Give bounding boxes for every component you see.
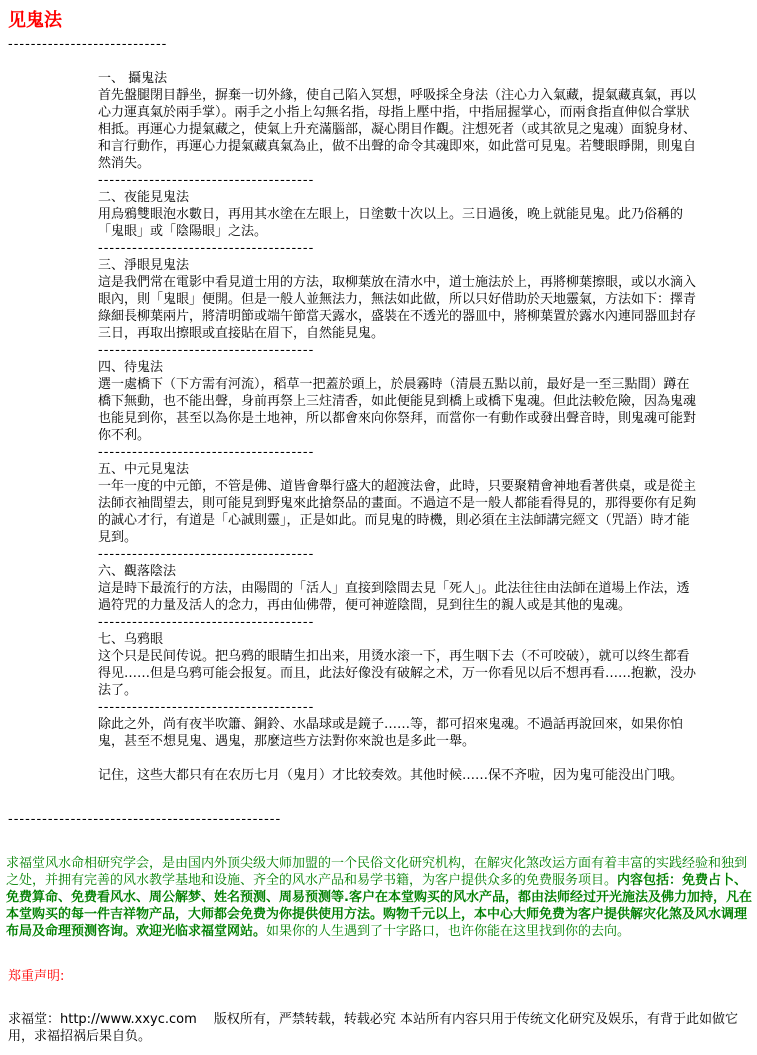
section-3: 三、淨眼見鬼法 這是我們常在電影中看見道士用的方法，取柳葉放在清水中，道士施法於… [98, 257, 698, 359]
section-separator: -------------------------------------- [98, 172, 698, 189]
bottom-separator: ----------------------------------------… [8, 811, 751, 828]
section-7-body: 这个只是民间传说。把乌鸦的眼睛生扣出来，用烫水滚一下，再生咽下去（不可咬破），就… [98, 648, 698, 699]
section-5-heading: 五、中元見鬼法 [98, 461, 698, 478]
section-separator: -------------------------------------- [98, 240, 698, 257]
section-1-body: 首先盤腿閉目靜坐，摒棄一切外緣，使自己陷入冥想，呼吸採全身法（注心力入氣藏，提氣… [98, 87, 698, 172]
section-5-body: 一年一度的中元節，不管是佛、道皆會舉行盛大的超渡法會，此時，只要聚精會神地看著供… [98, 478, 698, 546]
page-title: 见鬼法 [8, 10, 751, 32]
section-3-heading: 三、淨眼見鬼法 [98, 257, 698, 274]
page: 见鬼法 ---------------------------- 一、 攝鬼法 … [0, 0, 757, 1055]
section-5: 五、中元見鬼法 一年一度的中元節，不管是佛、道皆會舉行盛大的超渡法會，此時，只要… [98, 461, 698, 563]
section-7-heading: 七、乌鸦眼 [98, 631, 698, 648]
methods-list: 一、 攝鬼法 首先盤腿閉目靜坐，摒棄一切外緣，使自己陷入冥想，呼吸採全身法（注心… [98, 70, 698, 784]
section-4-body: 選一處橋下（下方需有河流），稻草一把蓋於頭上，於晨霧時（清晨五點以前，最好是一至… [98, 376, 698, 444]
section-3-body: 這是我們常在電影中看見道士用的方法，取柳葉放在清水中，道士施法於上，再將柳葉擦眼… [98, 274, 698, 342]
section-2: 二、夜能見鬼法 用烏鴉雙眼泡水數日，再用其水塗在左眼上，日塗數十次以上。三日過後… [98, 189, 698, 257]
copyright-text: 求福堂：http://www.xxyc.com 版权所有，严禁转载，转载必究 本… [8, 1011, 755, 1045]
title-separator: ---------------------------- [8, 36, 751, 53]
section-2-body: 用烏鴉雙眼泡水數日，再用其水塗在左眼上，日塗數十次以上。三日過後，晚上就能見鬼。… [98, 206, 698, 240]
section-separator: -------------------------------------- [98, 342, 698, 359]
section-7: 七、乌鸦眼 这个只是民间传说。把乌鸦的眼睛生扣出来，用烫水滚一下，再生咽下去（不… [98, 631, 698, 716]
section-6-heading: 六、觀落陰法 [98, 563, 698, 580]
section-6: 六、觀落陰法 這是時下最流行的方法，由陽間的「活人」直接到陰間去見「死人」。此法… [98, 563, 698, 631]
section-2-heading: 二、夜能見鬼法 [98, 189, 698, 206]
section-separator: -------------------------------------- [98, 546, 698, 563]
section-4-heading: 四、待鬼法 [98, 359, 698, 376]
section-separator: -------------------------------------- [98, 614, 698, 631]
section-separator: -------------------------------------- [98, 444, 698, 461]
section-1-heading: 一、 攝鬼法 [98, 70, 698, 87]
promo-paragraph: 求福堂风水命相研究学会，是由国内外顶尖级大师加盟的一个民俗文化研究机构，在解灾化… [6, 855, 753, 940]
section-separator: -------------------------------------- [98, 699, 698, 716]
extra-methods-paragraph: 除此之外，尚有夜半吹簫、銅鈴、水晶球或是鏡子……等，都可招來鬼魂。不過話再說回來… [98, 716, 698, 750]
section-4: 四、待鬼法 選一處橋下（下方需有河流），稻草一把蓋於頭上，於晨霧時（清晨五點以前… [98, 359, 698, 461]
reminder-paragraph: 记住，这些大都只有在农历七月（鬼月）才比较奏效。其他时候……保不齐啦，因为鬼可能… [98, 767, 698, 784]
section-1: 一、 攝鬼法 首先盤腿閉目靜坐，摒棄一切外緣，使自己陷入冥想，呼吸採全身法（注心… [98, 70, 698, 189]
section-6-body: 這是時下最流行的方法，由陽間的「活人」直接到陰間去見「死人」。此法往往由法師在道… [98, 580, 698, 614]
promo-outro: 如果你的人生遇到了十字路口，也许你能在这里找到你的去向。 [266, 924, 630, 939]
statement-heading: 郑重声明: [8, 968, 751, 985]
